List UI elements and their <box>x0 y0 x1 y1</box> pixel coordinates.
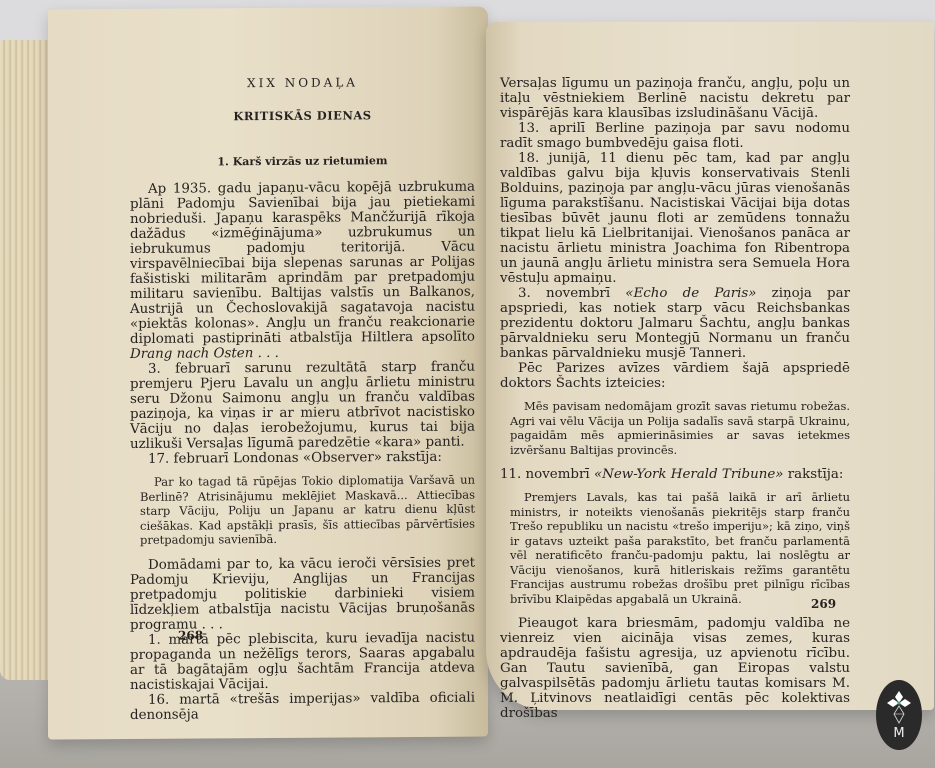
paragraph: Versaļas līgumu un paziņoja franču, angļ… <box>500 76 850 121</box>
paragraph: 13. aprilī Berline paziņoja par savu nod… <box>500 121 850 151</box>
italic-phrase: «Echo de Paris» <box>625 286 756 301</box>
paragraph: 16. martā «trešās imperijas» valdība ofi… <box>130 690 475 722</box>
quote-text: Mēs pavisam nedomājam grozīt savas rietu… <box>510 399 850 457</box>
paragraph-text: rakstīja: <box>783 467 843 482</box>
block-quote: Par ko tagad tā rūpējas Tokio diplomatij… <box>130 473 475 548</box>
svg-text:M: M <box>893 726 904 741</box>
open-book-photo: XIX NODAĻA KRITISKĀS DIENAS 1. Karš virz… <box>0 0 935 768</box>
paragraph-text: 11. novembrī <box>500 467 594 482</box>
paragraph: 11. novembrī «New-York Herald Tribune» r… <box>500 467 850 482</box>
watermark-logo: M <box>876 680 922 750</box>
paragraph: Pēc Parizes avīzes vārdiem šajā apspried… <box>500 361 850 391</box>
page-number: 268 <box>178 628 203 642</box>
chapter-heading: XIX NODAĻA <box>130 75 475 92</box>
paragraph: Domādami par to, ka vācu ieroči vērsīsie… <box>130 555 475 632</box>
quote-text: Par ko tagad tā rūpējas Tokio diplomatij… <box>140 473 475 548</box>
italic-phrase: «New-York Herald Tribune» <box>594 467 784 482</box>
paragraph: 3. februarī sarunu rezultātā starp franč… <box>130 360 475 452</box>
paragraph: 18. junijā, 11 dienu pēc tam, kad par an… <box>500 151 850 286</box>
paragraph-text: 3. novembrī <box>518 286 625 301</box>
paragraph: Pieaugot kara briesmām, padomju valdība … <box>500 616 850 721</box>
italic-phrase: Drang nach Osten . . . <box>130 346 279 362</box>
block-quote: Premjers Lavals, kas tai pašā laikā ir a… <box>500 490 850 606</box>
flower-monogram-icon: M <box>882 689 916 741</box>
block-quote: Mēs pavisam nedomājam grozīt savas rietu… <box>500 399 850 457</box>
section-heading: 1. Karš virzās uz rietumiem <box>130 153 475 170</box>
right-page-text: Versaļas līgumu un paziņoja franču, angļ… <box>500 76 850 721</box>
paragraph-text: Ap 1935. gadu japaņu-vācu kopējā uzbruku… <box>130 180 475 347</box>
left-page: XIX NODAĻA KRITISKĀS DIENAS 1. Karš virz… <box>48 6 488 739</box>
right-page: Versaļas līgumu un paziņoja franču, angļ… <box>486 22 934 710</box>
paragraph: Ap 1935. gadu japaņu-vācu kopējā uzbruku… <box>130 180 475 362</box>
chapter-title: KRITISKĀS DIENAS <box>130 108 475 125</box>
left-page-text: XIX NODAĻA KRITISKĀS DIENAS 1. Karš virz… <box>130 67 475 723</box>
page-number: 269 <box>811 597 836 611</box>
paragraph: 17. februarī Londonas «Observer» rakstīj… <box>130 450 475 467</box>
quote-text: Premjers Lavals, kas tai pašā laikā ir a… <box>510 490 850 606</box>
paragraph: 3. novembrī «Echo de Paris» ziņoja par a… <box>500 286 850 361</box>
